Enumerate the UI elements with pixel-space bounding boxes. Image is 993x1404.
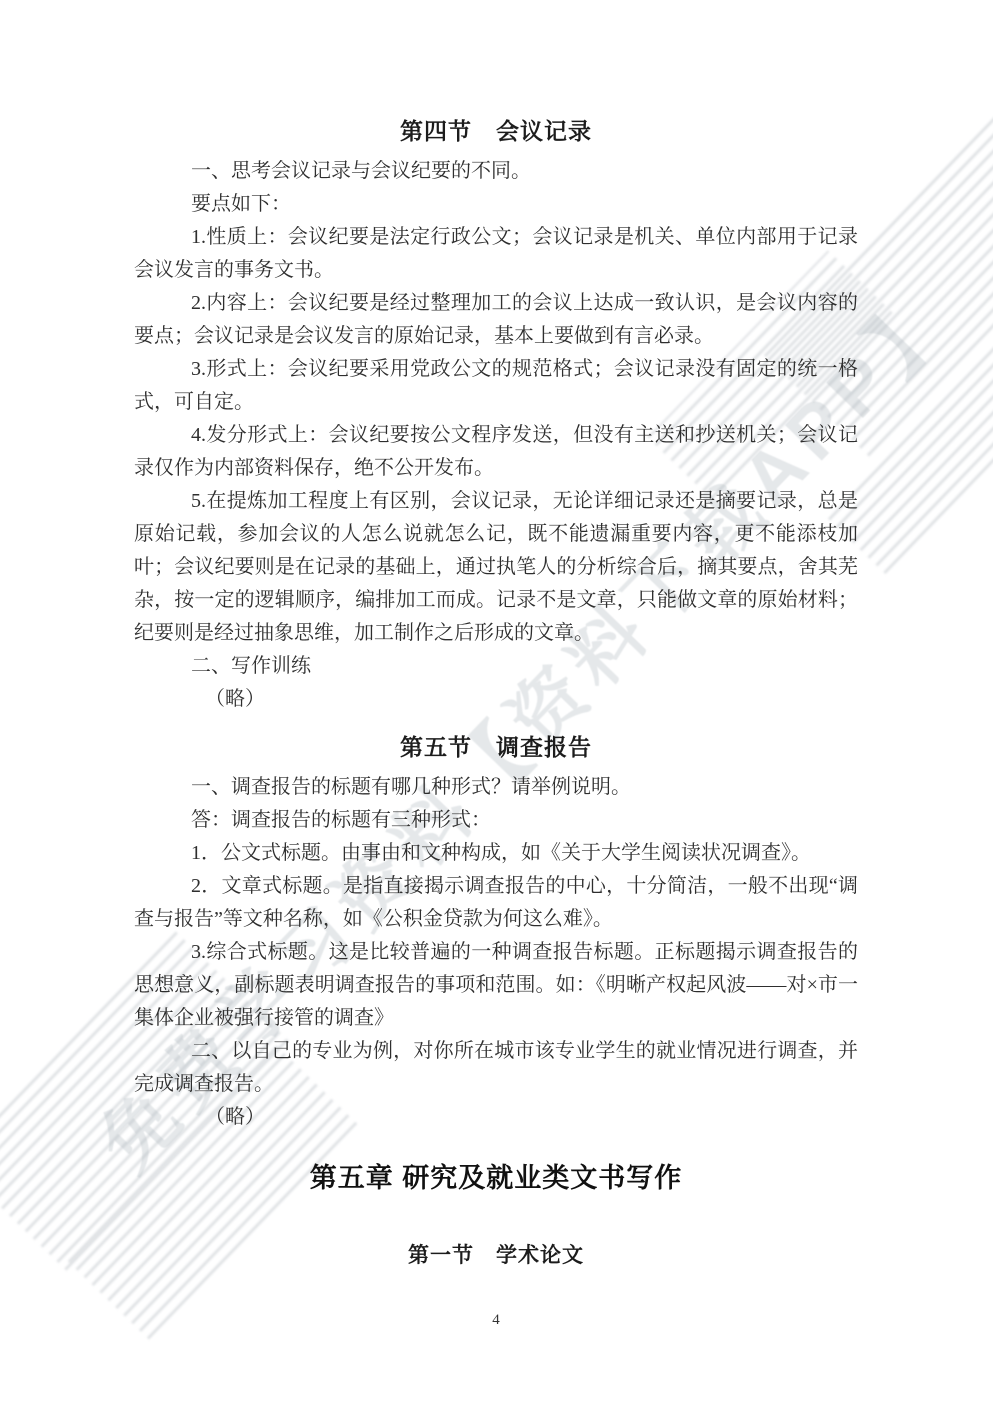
section-heading-survey-report: 第五节 调查报告 [134, 732, 858, 762]
paragraph: 5.在提炼加工程度上有区别，会议记录，无论详细记录还是摘要记录，总是原始记载，参… [134, 485, 858, 650]
paragraph: 4.发分形式上：会议纪要按公文程序发送，但没有主送和抄送机关；会议记录仅作为内部… [134, 419, 858, 485]
document-page: { "colors": { "text": "#2e2e2e", "headin… [0, 0, 993, 1404]
section-heading-academic-paper: 第一节 学术论文 [134, 1242, 858, 1270]
paragraph: 二、以自己的专业为例，对你所在城市该专业学生的就业情况进行调查，并完成调查报告。 [134, 1035, 858, 1101]
chapter-heading-research-writing: 第五章 研究及就业类文书写作 [134, 1160, 858, 1196]
section-heading-meeting-minutes: 第四节 会议记录 [134, 116, 858, 146]
paragraph: 2.内容上：会议纪要是经过整理加工的会议上达成一致认识，是会议内容的要点；会议记… [134, 287, 858, 353]
paragraph: 二、写作训练 [134, 650, 858, 683]
paragraph: 要点如下： [134, 188, 858, 221]
document-content: 第四节 会议记录 一、思考会议记录与会议纪要的不同。 要点如下： 1.性质上：会… [134, 116, 858, 1337]
paragraph: 1．公文式标题。由事由和文种构成，如《关于大学生阅读状况调查》。 [134, 837, 858, 870]
page-number: 4 [134, 1304, 858, 1337]
paragraph: 2．文章式标题。是指直接揭示调查报告的中心，十分简洁，一般不出现“调查与报告”等… [134, 870, 858, 936]
paragraph: 答：调查报告的标题有三种形式： [134, 804, 858, 837]
paragraph: 3.综合式标题。这是比较普遍的一种调查报告标题。正标题揭示调查报告的思想意义，副… [134, 936, 858, 1035]
paragraph-omitted: （略） [134, 683, 858, 716]
paragraph: 1.性质上：会议纪要是法定行政公文；会议记录是机关、单位内部用于记录会议发言的事… [134, 221, 858, 287]
paragraph-omitted: （略） [134, 1101, 858, 1134]
paragraph: 一、思考会议记录与会议纪要的不同。 [134, 155, 858, 188]
paragraph: 一、调查报告的标题有哪几种形式？请举例说明。 [134, 771, 858, 804]
paragraph: 3.形式上：会议纪要采用党政公文的规范格式；会议记录没有固定的统一格式，可自定。 [134, 353, 858, 419]
